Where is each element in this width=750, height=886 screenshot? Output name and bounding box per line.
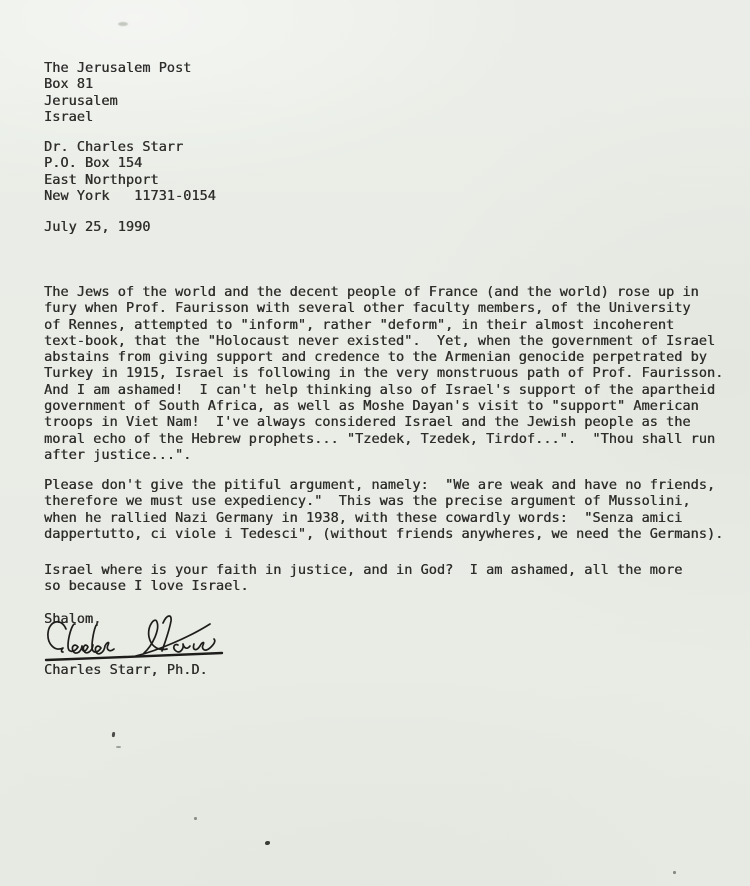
date-line: July 25, 1990 bbox=[44, 219, 150, 235]
text-line: of Rennes, attempted to "inform", rather… bbox=[44, 317, 723, 333]
text-line: so because I love Israel. bbox=[44, 578, 682, 594]
text-line: therefore we must use expediency." This … bbox=[44, 493, 723, 509]
ink-speck bbox=[265, 841, 270, 845]
text-line: P.O. Box 154 bbox=[44, 155, 216, 171]
body-paragraph-2: Please don't give the pitiful argument, … bbox=[44, 477, 723, 542]
ink-speck bbox=[112, 732, 115, 737]
text-line: And I am ashamed! I can't help thinking … bbox=[44, 382, 723, 398]
text-line: fury when Prof. Faurisson with several o… bbox=[44, 300, 723, 316]
text-line: moral echo of the Hebrew prophets... "Tz… bbox=[44, 431, 723, 447]
letter-page: The Jerusalem PostBox 81JerusalemIsrael … bbox=[0, 0, 750, 886]
text-line: The Jews of the world and the decent peo… bbox=[44, 284, 723, 300]
text-line: troops in Viet Nam! I've always consider… bbox=[44, 414, 723, 430]
text-line: Jerusalem bbox=[44, 93, 191, 109]
recipient-address: The Jerusalem PostBox 81JerusalemIsrael bbox=[44, 60, 191, 125]
text-line: Please don't give the pitiful argument, … bbox=[44, 477, 723, 493]
typed-signature-name: Charles Starr, Ph.D. bbox=[44, 662, 208, 678]
handwritten-signature bbox=[44, 612, 226, 664]
text-line: government of South Africa, as well as M… bbox=[44, 398, 723, 414]
text-line: when he rallied Nazi Germany in 1938, wi… bbox=[44, 510, 723, 526]
text-line: Turkey in 1915, Israel is following in t… bbox=[44, 365, 723, 381]
text-line: Israel bbox=[44, 109, 191, 125]
text-line: New York 11731-0154 bbox=[44, 188, 216, 204]
ink-speck bbox=[116, 746, 121, 748]
text-line: after justice...". bbox=[44, 447, 723, 463]
body-paragraph-3: Israel where is your faith in justice, a… bbox=[44, 562, 682, 595]
text-line: The Jerusalem Post bbox=[44, 60, 191, 76]
text-line: East Northport bbox=[44, 172, 216, 188]
text-line: Dr. Charles Starr bbox=[44, 139, 216, 155]
text-line: dappertutto, ci viole i Tedesci", (witho… bbox=[44, 526, 723, 542]
sender-address: Dr. Charles StarrP.O. Box 154East Northp… bbox=[44, 139, 216, 204]
ink-speck bbox=[673, 871, 676, 874]
paper-smudge bbox=[118, 22, 128, 26]
text-line: text-book, that the "Holocaust never exi… bbox=[44, 333, 723, 349]
body-paragraph-1: The Jews of the world and the decent peo… bbox=[44, 284, 723, 463]
text-line: Israel where is your faith in justice, a… bbox=[44, 562, 682, 578]
ink-speck bbox=[194, 817, 197, 820]
text-line: Box 81 bbox=[44, 76, 191, 92]
text-line: abstains from giving support and credenc… bbox=[44, 349, 723, 365]
